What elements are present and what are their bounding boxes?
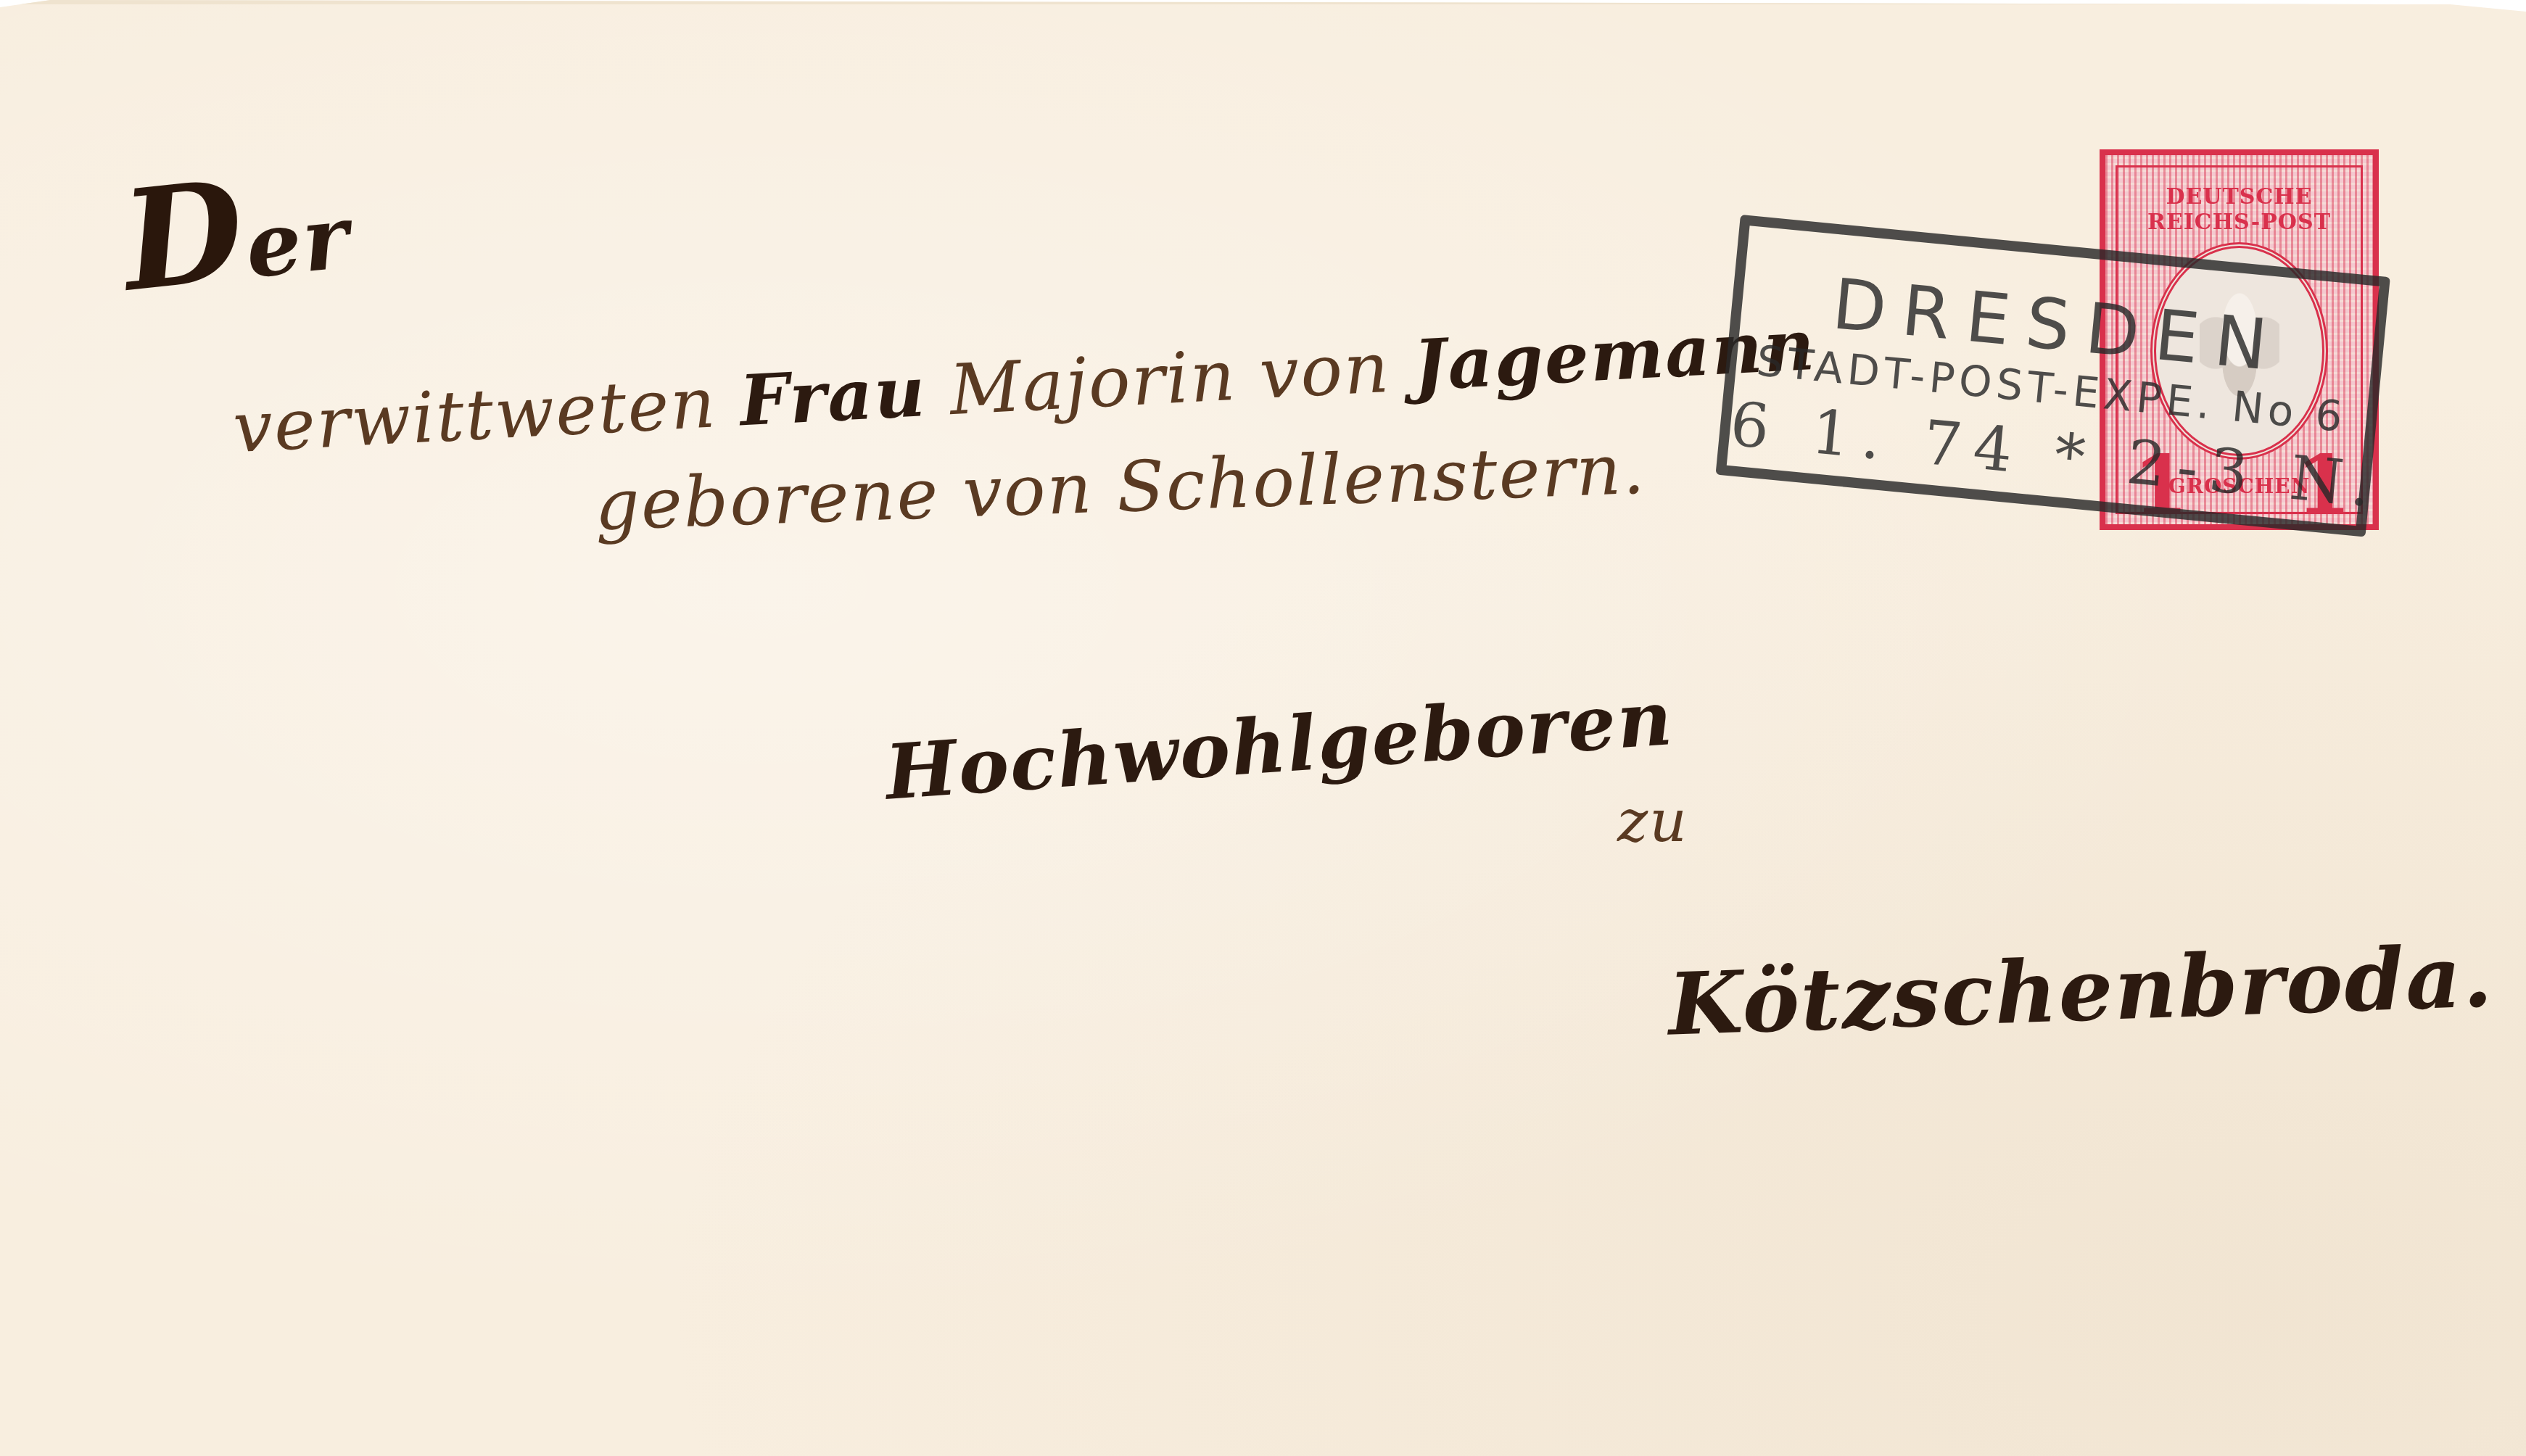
address-line-2: geborene von Schollenstern. <box>593 429 1647 547</box>
stamp-arc-text: DEUTSCHE REICHS-POST <box>2105 184 2373 235</box>
address-salutation: Der <box>115 138 356 322</box>
salutation-initial: D <box>115 149 252 322</box>
address-word-widowed: verwittweten <box>231 362 719 468</box>
salutation-rest: er <box>241 186 355 298</box>
address-born: geborene von <box>593 447 1094 546</box>
envelope: Der verwittweten Frau Majorin von Jagema… <box>0 0 2526 1456</box>
address-maiden-name: Schollenstern. <box>1115 429 1648 528</box>
address-town: Kötzschenbroda. <box>1667 925 2496 1055</box>
address-word-frau: Frau <box>738 350 928 442</box>
address-honorific: Hochwohlgeboren <box>883 673 1676 817</box>
address-preposition: zu <box>1617 787 1688 855</box>
address-line-3: Hochwohlgeboren <box>883 673 1676 817</box>
address-town-name: Kötzschenbroda. <box>1667 925 2496 1055</box>
address-word-majorin: Majorin von <box>947 327 1392 431</box>
